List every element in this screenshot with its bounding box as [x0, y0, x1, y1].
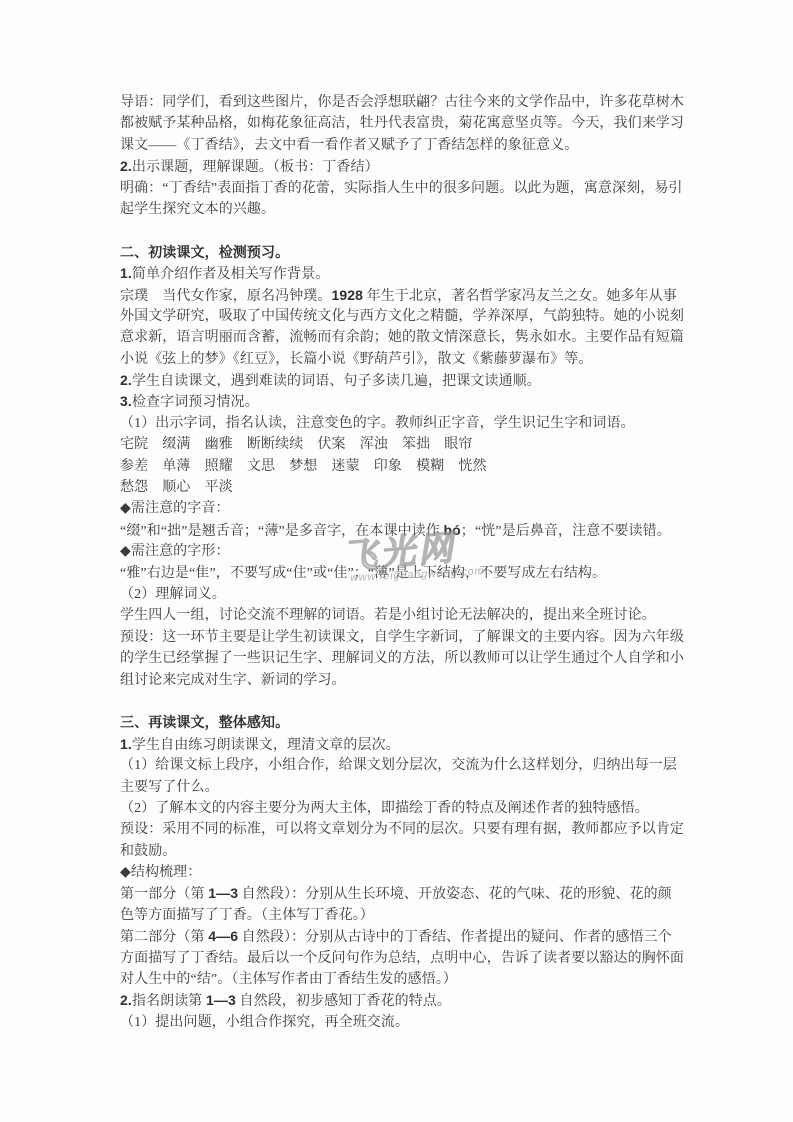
text-line: 外国文学研究，吸取了中国传统文化与西方文化之精髓，学养深厚，气韵独特。她的小说刻	[120, 306, 680, 327]
text-run: 宅院 缀满 幽雅 断断续续 伏案 浑浊 笨拙 眼帘	[120, 437, 473, 452]
bold-text-run: 1—3	[208, 885, 238, 901]
text-run: 意求新，语言明丽而含蓄，流畅而有余韵；她的散文情深意长，隽永如水。主要作品有短篇	[120, 330, 684, 345]
text-run: 小说《弦上的梦》《红豆》，长篇小说《野葫芦引》，散文《紫藤萝瀑布》等。	[120, 352, 593, 367]
text-run: 方面描写了丁香结。最后以一个反问句作为总结，点明中心，告诉了读者要以豁达的胸怀面	[120, 951, 684, 966]
text-run: 学生自由练习朗读课文，理清文章的层次。	[132, 738, 400, 753]
bold-text-run: 2.	[120, 158, 132, 174]
text-line: 对人生中的“结”。（主体写作者由丁香结生发的感悟。）	[120, 969, 680, 990]
text-run: （1）给课文标上段序，小组合作，给课文划分层次，交流为什么这样划分，归纳出每一层	[120, 758, 677, 773]
text-line: 预设：采用不同的标准，可以将文章划分为不同的层次。只要有理有据，教师都应予以肯定	[120, 819, 680, 840]
text-run: 课文——《丁香结》，去文中看一看作者又赋予了丁香结怎样的象征意义。	[120, 138, 578, 153]
text-line: 主要写了什么。	[120, 777, 680, 798]
text-line: （2）了解本文的内容主要分为两大主体，即描绘丁香的特点及阐述作者的独特感悟。	[120, 798, 680, 819]
text-run: 和鼓励。	[120, 844, 176, 859]
text-line: ◆结构梳理：	[120, 862, 680, 883]
text-run: 都被赋予某种品格，如梅花象征高洁，牡丹代表富贵，菊花寓意坚贞等。今天，我们来学习	[120, 116, 684, 131]
text-run: 自然段）：分别从生长环境、开放姿态、花的气味、花的形貌、花的颜	[238, 887, 672, 902]
text-run: 导语：同学们，看到这些图片，你是否会浮想联翩？古往今来的文学作品中，许多花草树木	[120, 95, 684, 110]
text-line: 第二部分（第 4—6 自然段）：分别从古诗中的丁香结、作者提出的疑问、作者的感悟…	[120, 926, 680, 947]
text-run: 预设：采用不同的标准，可以将文章划分为不同的层次。只要有理有据，教师都应予以肯定	[120, 822, 684, 837]
text-line: 第一部分（第 1—3 自然段）：分别从生长环境、开放姿态、花的气味、花的形貌、花…	[120, 883, 680, 904]
text-line: ◆需注意的字音：	[120, 498, 680, 519]
document-body: 导语：同学们，看到这些图片，你是否会浮想联翩？古往今来的文学作品中，许多花草树木…	[120, 92, 680, 1033]
text-line: （1）给课文标上段序，小组合作，给课文划分层次，交流为什么这样划分，归纳出每一层	[120, 755, 680, 776]
text-run: ◆结构梳理：	[120, 865, 201, 880]
text-line: 小说《弦上的梦》《红豆》，长篇小说《野葫芦引》，散文《紫藤萝瀑布》等。	[120, 349, 680, 370]
text-line: 导语：同学们，看到这些图片，你是否会浮想联翩？古往今来的文学作品中，许多花草树木	[120, 92, 680, 113]
bold-text-run: 三、再读课文，整体感知。	[120, 714, 289, 730]
text-run: 出示课题，理解课题。（板书：丁香结）	[132, 160, 379, 175]
text-line: 三、再读课文，整体感知。	[120, 712, 680, 733]
text-line: （1）出示字词，指名认读，注意变色的字。教师纠正字音，学生识记生字和词语。	[120, 413, 680, 434]
text-run: 第二部分（第	[120, 930, 208, 945]
text-line: 2.出示课题，理解课题。（板书：丁香结）	[120, 156, 680, 177]
bold-text-run: 1.	[120, 265, 132, 281]
bold-text-run: 4—6	[208, 928, 238, 944]
text-line: 愁怨 顺心 平淡	[120, 477, 680, 498]
text-run: 第一部分（第	[120, 887, 208, 902]
text-run: （2）了解本文的内容主要分为两大主体，即描绘丁香的特点及阐述作者的独特感悟。	[120, 801, 649, 816]
text-line: 3.检查字词预习情况。	[120, 391, 680, 412]
text-line: 预设：这一环节主要是让学生初读课文，自学生字新词，了解课文的主要内容。因为六年级	[120, 627, 680, 648]
text-run: 组讨论来完成对生字、新词的学习。	[120, 673, 346, 688]
text-run: 色等方面描写了丁香。（主体写丁香花。）	[120, 908, 374, 923]
text-line: 2.指名朗读第 1—3 自然段，初步感知丁香花的特点。	[120, 990, 680, 1011]
bold-text-run: bó	[443, 522, 460, 538]
text-run: 指名朗读第	[132, 994, 206, 1009]
bold-text-run: 1.	[120, 736, 132, 752]
text-line: （1）提出问题，小组合作探究，再全班交流。	[120, 1012, 680, 1033]
text-line: 2.学生自读课文，遇到难读的词语、句子多读几遍，把课文读通顺。	[120, 370, 680, 391]
text-run: 年生于北京，著名哲学家冯友兰之女。她多年从事	[363, 289, 677, 304]
text-run: 愁怨 顺心 平淡	[120, 480, 233, 495]
text-run: （2）理解词义。	[120, 587, 226, 602]
text-run: 自然段，初步感知丁香花的特点。	[236, 994, 451, 1009]
text-line: 色等方面描写了丁香。（主体写丁香花。）	[120, 905, 680, 926]
text-line	[120, 691, 680, 712]
text-line: 组讨论来完成对生字、新词的学习。	[120, 670, 680, 691]
document-page: 导语：同学们，看到这些图片，你是否会浮想联翩？古往今来的文学作品中，许多花草树木…	[0, 0, 793, 1122]
text-line: 都被赋予某种品格，如梅花象征高洁，牡丹代表富贵，菊花寓意坚贞等。今天，我们来学习	[120, 113, 680, 134]
text-line: 学生四人一组，讨论交流不理解的词语。若是小组讨论无法解决的，提出来全班讨论。	[120, 605, 680, 626]
text-line: 方面描写了丁香结。最后以一个反问句作为总结，点明中心，告诉了读者要以豁达的胸怀面	[120, 948, 680, 969]
text-run: （1）提出问题，小组合作探究，再全班交流。	[120, 1015, 409, 1030]
text-line: 明确：“丁香结”表面指丁香的花蕾，实际指人生中的很多问题。以此为题，寓意深刻，易…	[120, 178, 680, 199]
text-run: 外国文学研究，吸取了中国传统文化与西方文化之精髓，学养深厚，气韵独特。她的小说刻	[120, 309, 684, 324]
text-line: 1.学生自由练习朗读课文，理清文章的层次。	[120, 734, 680, 755]
text-line: （2）理解词义。	[120, 584, 680, 605]
bold-text-run: 1928	[332, 287, 364, 303]
text-run: “缀”和“拙”是翘舌音；“薄”是多音字，在本课中读作	[120, 524, 443, 539]
text-run: 明确：“丁香结”表面指丁香的花蕾，实际指人生中的很多问题。以此为题，寓意深刻，易…	[120, 181, 683, 196]
text-run: 检查字词预习情况。	[132, 395, 259, 410]
text-run: ◆需注意的字音：	[120, 501, 230, 516]
text-run: 宗璞 当代女作家，原名冯钟璞。	[120, 289, 332, 304]
text-run: 预设：这一环节主要是让学生初读课文，自学生字新词，了解课文的主要内容。因为六年级	[120, 630, 684, 645]
text-line: 和鼓励。	[120, 841, 680, 862]
text-run: 参差 单薄 照耀 文思 梦想 迷蒙 印象 模糊 恍然	[120, 459, 487, 474]
text-run: 简单介绍作者及相关写作背景。	[132, 267, 329, 282]
text-run: （1）出示字词，指名认读，注意变色的字。教师纠正字音，学生识记生字和词语。	[120, 416, 635, 431]
text-line: 1.简单介绍作者及相关写作背景。	[120, 263, 680, 284]
text-run: 学生四人一组，讨论交流不理解的词语。若是小组讨论无法解决的，提出来全班讨论。	[120, 608, 656, 623]
text-line: 意求新，语言明丽而含蓄，流畅而有余韵；她的散文情深意长，隽永如水。主要作品有短篇	[120, 327, 680, 348]
text-run: ；“恍”是后鼻音，注意不要读错。	[461, 524, 671, 539]
text-run: 的学生已经掌握了一些识记生字、理解词义的方法，所以教师可以让学生通过个人自学和小	[120, 651, 684, 666]
bold-text-run: 1—3	[206, 992, 236, 1008]
text-run: “雅”右边是“隹”，不要写成“住”或“佳”；“薄”是上下结构，不要写成左右结构。	[120, 566, 606, 581]
text-line: “缀”和“拙”是翘舌音；“薄”是多音字，在本课中读作 bó；“恍”是后鼻音，注意…	[120, 520, 680, 541]
text-run: 主要写了什么。	[120, 780, 219, 795]
bold-text-run: 3.	[120, 393, 132, 409]
text-run: 学生自读课文，遇到难读的词语、句子多读几遍，把课文读通顺。	[132, 374, 541, 389]
text-run: 自然段）：分别从古诗中的丁香结、作者提出的疑问、作者的感悟三个	[238, 930, 672, 945]
text-line: 参差 单薄 照耀 文思 梦想 迷蒙 印象 模糊 恍然	[120, 456, 680, 477]
text-line: 二、初读课文，检测预习。	[120, 242, 680, 263]
text-line: 起学生探究文本的兴趣。	[120, 199, 680, 220]
text-line: 宅院 缀满 幽雅 断断续续 伏案 浑浊 笨拙 眼帘	[120, 434, 680, 455]
text-line	[120, 220, 680, 241]
text-line: “雅”右边是“隹”，不要写成“住”或“佳”；“薄”是上下结构，不要写成左右结构。	[120, 563, 680, 584]
text-run: 起学生探究文本的兴趣。	[120, 202, 275, 217]
bold-text-run: 二、初读课文，检测预习。	[120, 244, 289, 260]
text-line: 课文——《丁香结》，去文中看一看作者又赋予了丁香结怎样的象征意义。	[120, 135, 680, 156]
bold-text-run: 2.	[120, 992, 132, 1008]
text-run: ◆需注意的字形：	[120, 544, 230, 559]
text-line: 宗璞 当代女作家，原名冯钟璞。1928 年生于北京，著名哲学家冯友兰之女。她多年…	[120, 285, 680, 306]
bold-text-run: 2.	[120, 372, 132, 388]
text-line: 的学生已经掌握了一些识记生字、理解词义的方法，所以教师可以让学生通过个人自学和小	[120, 648, 680, 669]
text-run: 对人生中的“结”。（主体写作者由丁香结生发的感悟。）	[120, 972, 457, 987]
text-line: ◆需注意的字形：	[120, 541, 680, 562]
